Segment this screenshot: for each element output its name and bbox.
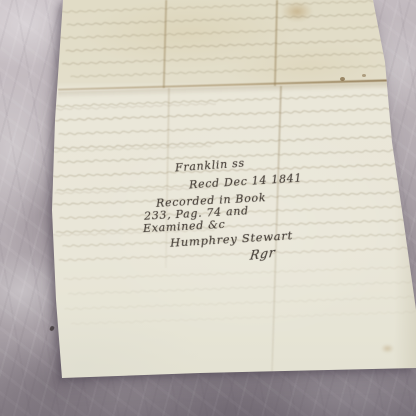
crease-stain-dot [340, 77, 345, 81]
crease-stain-dot [362, 74, 366, 77]
brown-stain-bottom-right [381, 344, 394, 353]
brown-stain-top [281, 1, 313, 22]
photo-of-document: Franklin ss Recd Dec 14 1841 Recorded in… [0, 0, 416, 416]
letter-paper: Franklin ss Recd Dec 14 1841 Recorded in… [0, 0, 416, 416]
letter-paper-wrapper: Franklin ss Recd Dec 14 1841 Recorded in… [0, 0, 416, 416]
